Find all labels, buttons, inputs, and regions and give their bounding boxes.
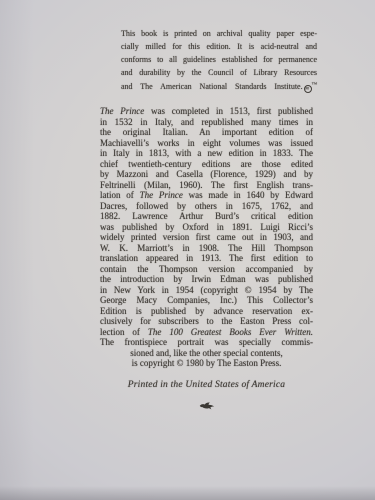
text-segment: in New York in 1954 (copyright © 1954 by… <box>100 285 313 295</box>
permanent-paper-icon: ∞ <box>304 85 312 93</box>
text-line: chief twentieth-century editions are tho… <box>100 159 313 170</box>
text-line: the original Italian. An important editi… <box>100 127 313 138</box>
text-line: 1882. Lawrence Arthur Burd’s critical ed… <box>100 211 313 222</box>
text-segment: The frontispiece portrait was specially … <box>100 337 313 347</box>
text-segment: Edition is published by advance reservat… <box>100 306 313 316</box>
text-segment: in Italy in 1813, with a new edition in … <box>100 148 313 158</box>
text-segment: The 100 Greatest Books Ever Written. <box>148 327 313 337</box>
text-segment: was completed in 1513, first published <box>144 106 313 116</box>
text-segment: The Prince <box>100 106 144 116</box>
text-line: This book is printed on archival quality… <box>121 27 317 40</box>
text-segment: the original Italian. An important editi… <box>100 127 313 137</box>
colophon-text: The Prince was completed in 1513, first … <box>100 106 313 369</box>
text-line: by Mazzoni and Casella (Florence, 1929) … <box>100 169 313 180</box>
text-line: and The American National Standards Inst… <box>121 79 317 93</box>
text-line: was published by Oxford in 1891. Luigi R… <box>100 222 313 233</box>
text-line: contain the Thompson version accompanied… <box>100 264 313 275</box>
text-segment: Dacres, followed by others in 1675, 1762… <box>100 201 313 211</box>
text-line: cially milled for this edition. It is ac… <box>121 40 317 53</box>
text-line: Edition is published by advance reservat… <box>100 306 313 317</box>
text-line: is copyright © 1980 by The Easton Press. <box>100 358 313 369</box>
text-segment: clusively for subscribers to the Easton … <box>100 316 313 326</box>
bird-ornament <box>100 398 313 416</box>
text-segment: cially milled for this edition. It is ac… <box>121 42 317 51</box>
text-segment: contain the Thompson version accompanied… <box>100 264 313 274</box>
text-segment: Machiavelli’s works in eight volumes was… <box>100 138 313 148</box>
text-segment: lection of <box>100 327 148 337</box>
text-segment: This book is printed on archival quality… <box>121 29 317 38</box>
archival-notice: This book is printed on archival quality… <box>121 27 317 93</box>
text-segment: Feltrinelli (Milan, 1960). The first Eng… <box>100 180 313 190</box>
text-segment: George Macy Companies, Inc.) This Collec… <box>100 295 313 305</box>
text-segment: and durability by the Council of Library… <box>121 68 317 77</box>
text-line: conforms to all guidelines established f… <box>121 53 317 66</box>
text-line: widely printed version first came out in… <box>100 232 313 243</box>
text-line: sioned and, like the other special conte… <box>100 348 313 359</box>
text-segment: widely printed version first came out in… <box>100 232 313 242</box>
text-segment: chief twentieth-century editions are tho… <box>100 159 313 169</box>
printed-in-usa-line: Printed in the United States of America <box>100 379 313 391</box>
text-segment: translation appeared in 1913. The first … <box>100 253 313 263</box>
text-segment: The Prince <box>140 190 183 200</box>
text-line: lection of The 100 Greatest Books Ever W… <box>100 327 313 338</box>
trademark-symbol: ™ <box>312 82 317 88</box>
text-line: translation appeared in 1913. The first … <box>100 253 313 264</box>
text-segment: is copyright © 1980 by The Easton Press. <box>132 358 282 368</box>
text-line: lation of The Prince was made in 1640 by… <box>100 190 313 201</box>
text-segment: sioned and, like the other special conte… <box>130 348 282 358</box>
text-line: W. K. Marriott’s in 1908. The Hill Thomp… <box>100 243 313 254</box>
text-line: Feltrinelli (Milan, 1960). The first Eng… <box>100 180 313 191</box>
text-line: Machiavelli’s works in eight volumes was… <box>100 138 313 149</box>
text-line: the introduction by Irwin Edman was publ… <box>100 274 313 285</box>
text-segment: was made in 1640 by Edward <box>183 190 313 200</box>
text-segment: by Mazzoni and Casella (Florence, 1929) … <box>100 169 313 179</box>
text-line: The Prince was completed in 1513, first … <box>100 106 313 117</box>
text-line: and durability by the Council of Library… <box>121 66 317 79</box>
text-segment: was published by Oxford in 1891. Luigi R… <box>100 222 313 232</box>
text-line: in New York in 1954 (copyright © 1954 by… <box>100 285 313 296</box>
text-line: clusively for subscribers to the Easton … <box>100 316 313 327</box>
book-colophon-page: This book is printed on archival quality… <box>0 0 375 500</box>
text-segment: in 1532 in Italy, and republished many t… <box>100 117 313 127</box>
bird-fleuron-icon <box>199 401 215 411</box>
text-line: Dacres, followed by others in 1675, 1762… <box>100 201 313 212</box>
text-segment: and The American National Standards Inst… <box>121 82 303 91</box>
text-segment: 1882. Lawrence Arthur Burd’s critical ed… <box>100 211 313 221</box>
text-segment: lation of <box>100 190 140 200</box>
text-segment: the introduction by Irwin Edman was publ… <box>100 274 313 284</box>
text-segment: conforms to all guidelines established f… <box>121 55 317 64</box>
text-segment: W. K. Marriott’s in 1908. The Hill Thomp… <box>100 243 313 253</box>
text-line: The frontispiece portrait was specially … <box>100 337 313 348</box>
text-line: in Italy in 1813, with a new edition in … <box>100 148 313 159</box>
text-line: George Macy Companies, Inc.) This Collec… <box>100 295 313 306</box>
text-line: in 1532 in Italy, and republished many t… <box>100 117 313 128</box>
